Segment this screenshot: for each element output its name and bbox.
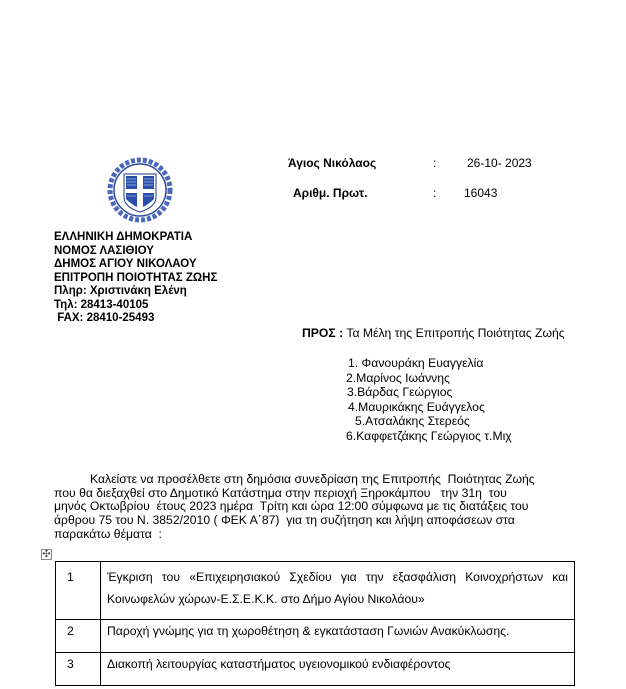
invitation-line: που θα διεξαχθεί στο Δημοτικό Κατάστημα … [54,487,594,501]
protocol-label: Αριθμ. Πρωτ. [293,186,368,200]
topic-line: Έγκριση του «Επιχειρησιακού Σχεδίου για … [107,566,568,588]
topic-description: Διακοπή λειτουργίας καταστήματος υγειονο… [101,653,575,686]
place-label: Άγιος Νικόλαος [288,156,376,170]
topic-description: Παροχή γνώμης για τη χωροθέτηση & εγκατά… [101,620,575,653]
org-line-fax: FAX: 28410-25493 [54,312,217,326]
member-item: 5.Ατσαλάκης Στερεός [355,414,470,429]
table-row: 3 Διακοπή λειτουργίας καταστήματος υγειο… [56,653,575,686]
invitation-line: Καλείστε να προσέλθετε στη δημόσια συνεδ… [54,473,594,487]
org-line-municipality: ΔΗΜΟΣ ΑΓΙΟΥ ΝΙΚΟΛΑΟΥ [54,258,217,272]
table-row: 1 Έγκριση του «Επιχειρησιακού Σχεδίου γι… [56,562,575,620]
topic-number: 1 [56,562,101,620]
org-line-republic: ΕΛΛΗΝΙΚΗ ΔΗΜΟΚΡΑΤΙΑ [54,231,217,245]
topic-line: Κοινωφελών χώρων-Ε.Σ.Ε.Κ.Κ. στο Δήμο Αγί… [107,592,425,606]
move-cross-icon[interactable]: ✣ [41,549,52,560]
protocol-separator: : [433,186,436,200]
greek-coat-of-arms-icon [107,157,173,223]
sender-block: ΕΛΛΗΝΙΚΗ ΔΗΜΟΚΡΑΤΙΑ ΝΟΜΟΣ ΛΑΣΙΘΙΟΥ ΔΗΜΟΣ… [54,231,217,326]
invitation-paragraph: Καλείστε να προσέλθετε στη δημόσια συνεδ… [54,473,594,542]
table-row: 2 Παροχή γνώμης για τη χωροθέτηση & εγκα… [56,620,575,653]
member-item: 2.Μαρίνος Ιωάννης [346,371,450,386]
org-line-contact-person: Πληρ: Χριστινάκη Ελένη [54,285,217,299]
member-item: 1. Φανουράκη Ευαγγελία [348,356,483,371]
topic-number: 2 [56,620,101,653]
recipients-line: ΠΡΟΣ : Τα Μέλη της Επιτροπής Ποιότητας Ζ… [302,326,565,340]
invitation-line: μηνός Οκτωβρίου έτους 2023 ημέρα Τρίτη κ… [54,500,594,514]
topic-number: 3 [56,653,101,686]
protocol-number: 16043 [464,186,497,200]
recipients-text: Τα Μέλη της Επιτροπής Ποιότητας Ζωής [343,326,565,340]
recipients-label: ΠΡΟΣ : [302,326,343,340]
invitation-line: άρθρου 75 του Ν. 3852/2010 ( ΦΕΚ Α΄87) γ… [54,514,594,528]
document-date: 26-10- 2023 [467,156,532,170]
member-item: 6.Καφφετζάκης Γεώργιος τ.Μιχ [346,429,512,444]
member-item: 4.Μαυρικάκης Ευάγγελος [348,400,485,415]
topic-description: Έγκριση του «Επιχειρησιακού Σχεδίου για … [101,562,575,620]
invitation-line: παρακάτω θέματα : [54,528,594,542]
agenda-table: 1 Έγκριση του «Επιχειρησιακού Σχεδίου γι… [55,561,575,686]
org-line-prefecture: ΝΟΜΟΣ ΛΑΣΙΘΙΟΥ [54,245,217,259]
org-line-phone: Τηλ: 28413-40105 [54,299,217,313]
place-separator: : [433,156,436,170]
member-item: 3.Βάρδας Γεώργιος [347,385,452,400]
org-line-committee: ΕΠΙΤΡΟΠΗ ΠΟΙΟΤΗΤΑΣ ΖΩΗΣ [54,272,217,286]
